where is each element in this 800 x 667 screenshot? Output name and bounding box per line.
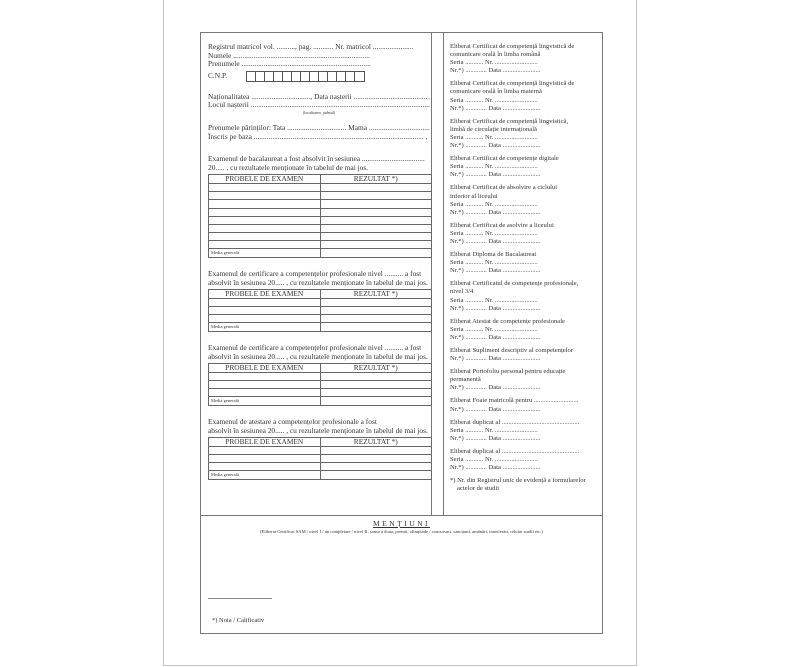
subject-cell[interactable] (209, 192, 321, 200)
certificate-title: Eliberat Certificat de competențe digita… (450, 155, 598, 163)
subject-cell[interactable] (209, 389, 321, 397)
series-field[interactable]: Seria ........... Nr. ..................… (450, 97, 598, 105)
exam-section: Examenul de certificare a competențelor … (208, 344, 430, 406)
table-row (209, 307, 432, 315)
subject-cell[interactable] (209, 200, 321, 208)
exam-intro: Examenul de bacalaureat a fost absolvit … (208, 155, 430, 164)
section-divider (201, 515, 602, 516)
table-row (209, 200, 432, 208)
certificate-title: Eliberat Supliment descriptiv al compete… (450, 347, 598, 355)
number-date-field[interactable]: Nr.*) ............. Data ...............… (450, 171, 598, 179)
subject-cell[interactable] (209, 224, 321, 232)
table-row (209, 183, 432, 191)
certificate-title: Eliberat Portofoliu personal pentru educ… (450, 368, 598, 376)
result-cell[interactable] (320, 454, 432, 462)
certificate-title: comunicare orală în limba maternă (450, 88, 598, 96)
footnote-line: actelor de studii (450, 485, 598, 493)
exam-section: Examenul de certificare a competențelor … (208, 270, 430, 332)
subject-cell[interactable] (209, 454, 321, 462)
result-cell[interactable] (320, 372, 432, 380)
number-date-field[interactable]: Nr.*) ............. Data ...............… (450, 464, 598, 472)
table-row (209, 298, 432, 306)
result-cell[interactable] (320, 315, 432, 323)
subject-cell[interactable] (209, 298, 321, 306)
table-header: PROBELE DE EXAMENREZULTAT *) (209, 290, 432, 299)
col-result: REZULTAT *) (320, 290, 432, 299)
col-result: REZULTAT *) (320, 175, 432, 184)
footnote-line: *) Nr. din Registrul unic de evidență a … (450, 477, 598, 485)
certificate-title: limbă de circulație internațională (450, 126, 598, 134)
col-subject: PROBELE DE EXAMEN (209, 364, 321, 373)
certificate-title: comunicare orală în limba română (450, 51, 598, 59)
cnp-digit-box[interactable] (337, 72, 346, 81)
average-cell[interactable] (320, 249, 432, 258)
number-date-field[interactable]: Nr.*) ............. Data ...............… (450, 105, 598, 113)
nationality-field[interactable]: Naționalitatea .........................… (208, 93, 430, 102)
average-label: Media generală (209, 323, 321, 332)
certificate-title: Eliberat Certificat de competență lingvi… (450, 80, 598, 88)
certificate-entry: Eliberat Certificat de competență lingvi… (450, 80, 598, 112)
cnp-digit-box[interactable] (310, 72, 319, 81)
table-row (209, 216, 432, 224)
average-row: Media generală (209, 397, 432, 406)
mentions-subtitle: (Eliberat Certificat SAM / nivel I / an … (201, 529, 602, 534)
col-result: REZULTAT *) (320, 364, 432, 373)
grade-note: *) Nota / Calificativ (212, 617, 264, 624)
certificate-entry: Eliberat Supliment descriptiv al compete… (450, 347, 598, 363)
certificate-title: inferior al liceului (450, 193, 598, 201)
certificate-title: Eliberat Foaie matricolă pentru ........… (450, 397, 598, 405)
number-date-field[interactable]: Nr.*) ............. Data ...............… (450, 334, 598, 342)
exam-intro: Examenul de atestare a competențelor pro… (208, 418, 430, 427)
exam-section: Examenul de bacalaureat a fost absolvit … (208, 155, 430, 258)
certificate-entry: Eliberat Portofoliu personal pentru educ… (450, 368, 598, 392)
average-cell[interactable] (320, 397, 432, 406)
cnp-label: C.N.P. (208, 72, 246, 81)
cnp-digit-box[interactable] (283, 72, 292, 81)
certificate-entry: Eliberat duplicat al ...................… (450, 448, 598, 472)
table-row (209, 192, 432, 200)
cnp-digit-box[interactable] (274, 72, 283, 81)
number-date-field[interactable]: Nr.*) ............. Data ...............… (450, 67, 598, 75)
result-cell[interactable] (320, 183, 432, 191)
exam-intro: absolvit în sesiunea 20..... , cu rezult… (208, 427, 430, 436)
series-field[interactable]: Seria ........... Nr. ..................… (450, 230, 598, 238)
subject-cell[interactable] (209, 307, 321, 315)
certificates-column: Eliberat Certificat de competență lingvi… (450, 43, 598, 493)
registry-footnote: *) Nr. din Registrul unic de evidență a … (450, 477, 598, 493)
average-cell[interactable] (320, 471, 432, 480)
table-header: PROBELE DE EXAMENREZULTAT *) (209, 438, 432, 447)
cnp-digit-box[interactable] (319, 72, 328, 81)
table-row (209, 224, 432, 232)
exam-intro: absolvit în sesiunea 20..... , cu rezult… (208, 353, 430, 362)
parents-field[interactable]: Prenumele părinților: Tata .............… (208, 124, 430, 133)
cnp-digit-box[interactable] (256, 72, 265, 81)
cnp-field[interactable]: C.N.P. (208, 71, 430, 82)
table-row (209, 233, 432, 241)
birthplace-field[interactable]: Locul nașterii .........................… (208, 101, 430, 110)
table-row (209, 241, 432, 249)
certificate-entry: Eliberat Diploma de BacalaureatSeria ...… (450, 251, 598, 275)
name-field[interactable]: Numele .................................… (208, 52, 430, 61)
certificate-entry: Eliberat Certificat de competență lingvi… (450, 118, 598, 150)
result-cell[interactable] (320, 216, 432, 224)
table-row (209, 463, 432, 471)
certificate-list: Eliberat Certificat de competență lingvi… (450, 43, 598, 472)
column-divider (443, 33, 444, 515)
number-date-field[interactable]: Nr.*) ............. Data ...............… (450, 142, 598, 150)
average-label: Media generală (209, 249, 321, 258)
subject-cell[interactable] (209, 216, 321, 224)
subject-cell[interactable] (209, 241, 321, 249)
result-cell[interactable] (320, 192, 432, 200)
number-date-field[interactable]: Nr.*) ............. Data ...............… (450, 238, 598, 246)
col-result: REZULTAT *) (320, 438, 432, 447)
exam-sections: Examenul de bacalaureat a fost absolvit … (208, 155, 430, 480)
result-cell[interactable] (320, 200, 432, 208)
certificate-title: Eliberat Certificat de absolvire a ciclu… (450, 184, 598, 192)
result-cell[interactable] (320, 380, 432, 388)
col-subject: PROBELE DE EXAMEN (209, 438, 321, 447)
series-field[interactable]: Seria ........... Nr. ..................… (450, 59, 598, 67)
cnp-digit-box[interactable] (346, 72, 355, 81)
number-date-field[interactable]: Nr.*) ............. Data ...............… (450, 209, 598, 217)
table-row (209, 208, 432, 216)
series-field[interactable]: Seria ........... Nr. ..................… (450, 163, 598, 171)
average-row: Media generală (209, 471, 432, 480)
certificate-title: Eliberat Certificat de competență lingvi… (450, 43, 598, 51)
certificate-entry: Eliberat Certificat de absolvire a ciclu… (450, 184, 598, 216)
exam-intro: Examenul de certificare a competențelor … (208, 270, 430, 279)
subject-cell[interactable] (209, 208, 321, 216)
certificate-entry: Eliberat Atestat de competențe profesion… (450, 318, 598, 342)
exam-results-table: PROBELE DE EXAMENREZULTAT *)Media genera… (208, 289, 432, 332)
certificate-entry: Eliberat Certificatul de competențe prof… (450, 280, 598, 312)
exam-intro: absolvit în sesiunea 20..... , cu rezult… (208, 279, 430, 288)
exam-intro: 20..... , cu rezultatele menționate în t… (208, 164, 430, 173)
table-row (209, 315, 432, 323)
note-rule (208, 598, 272, 599)
table-row (209, 372, 432, 380)
result-cell[interactable] (320, 298, 432, 306)
certificate-title: Eliberat Certificat de competență lingvi… (450, 118, 598, 126)
certificate-entry: Eliberat Certificat de competențe digita… (450, 155, 598, 179)
cnp-digit-box[interactable] (355, 72, 364, 81)
cnp-digit-box[interactable] (328, 72, 337, 81)
number-date-field[interactable]: Nr.*) ............. Data ...............… (450, 435, 598, 443)
certificate-title: Eliberat duplicat al ...................… (450, 419, 598, 427)
series-field[interactable]: Seria ........... Nr. ..................… (450, 201, 598, 209)
exam-intro: Examenul de certificare a competențelor … (208, 344, 430, 353)
series-field[interactable]: Seria ........... Nr. ..................… (450, 259, 598, 267)
result-cell[interactable] (320, 389, 432, 397)
table-row (209, 389, 432, 397)
result-cell[interactable] (320, 224, 432, 232)
series-field[interactable]: Seria ........... Nr. ..................… (450, 456, 598, 464)
number-date-field[interactable]: Nr.*) ............. Data ...............… (450, 267, 598, 275)
average-label: Media generală (209, 397, 321, 406)
certificate-title: permanentă (450, 376, 598, 384)
subject-cell[interactable] (209, 463, 321, 471)
school-record-form: Registrul matricol vol. .........., pag.… (200, 32, 603, 634)
series-field[interactable]: Seria ........... Nr. ..................… (450, 134, 598, 142)
number-date-field[interactable]: Nr.*) ............. Data ...............… (450, 355, 598, 363)
average-label: Media generală (209, 471, 321, 480)
result-cell[interactable] (320, 233, 432, 241)
number-date-field[interactable]: Nr.*) ............. Data ...............… (450, 406, 598, 414)
table-row (209, 380, 432, 388)
average-row: Media generală (209, 323, 432, 332)
mentions-title: MENȚIUNI (201, 519, 602, 528)
certificate-entry: Eliberat Foaie matricolă pentru ........… (450, 397, 598, 413)
registry-field[interactable]: Registrul matricol vol. .........., pag.… (208, 43, 430, 52)
certificate-title: Eliberat Certificat de asolvire a liceul… (450, 222, 598, 230)
result-cell[interactable] (320, 241, 432, 249)
subject-cell[interactable] (209, 372, 321, 380)
enrolled-field[interactable]: Înscris pe baza ........................… (208, 133, 430, 142)
certificate-title: Eliberat Certificatul de competențe prof… (450, 280, 598, 288)
exam-results-table: PROBELE DE EXAMENREZULTAT *)Media genera… (208, 174, 432, 258)
average-cell[interactable] (320, 323, 432, 332)
col-subject: PROBELE DE EXAMEN (209, 175, 321, 184)
exam-results-table: PROBELE DE EXAMENREZULTAT *)Media genera… (208, 437, 432, 480)
certificate-title: Eliberat duplicat al ...................… (450, 448, 598, 456)
table-row (209, 446, 432, 454)
certificate-entry: Eliberat Certificat de asolvire a liceul… (450, 222, 598, 246)
table-row (209, 454, 432, 462)
subject-cell[interactable] (209, 233, 321, 241)
exam-section: Examenul de atestare a competențelor pro… (208, 418, 430, 480)
certificate-title: Eliberat Atestat de competențe profesion… (450, 318, 598, 326)
number-date-field[interactable]: Nr.*) ............. Data ...............… (450, 384, 598, 392)
result-cell[interactable] (320, 463, 432, 471)
cnp-digit-box[interactable] (247, 72, 256, 81)
certificate-title: Eliberat Diploma de Bacalaureat (450, 251, 598, 259)
result-cell[interactable] (320, 208, 432, 216)
average-row: Media generală (209, 249, 432, 258)
table-header: PROBELE DE EXAMENREZULTAT *) (209, 175, 432, 184)
series-field[interactable]: Seria ........... Nr. ..................… (450, 326, 598, 334)
mentions-section: MENȚIUNI (Eliberat Certificat SAM / nive… (201, 519, 602, 534)
cnp-digit-box[interactable] (301, 72, 310, 81)
cnp-digit-box[interactable] (265, 72, 274, 81)
student-data-column: Registrul matricol vol. .........., pag.… (208, 43, 430, 480)
series-field[interactable]: Seria ........... Nr. ..................… (450, 297, 598, 305)
subject-cell[interactable] (209, 446, 321, 454)
subject-cell[interactable] (209, 183, 321, 191)
certificate-title: nivel 3/4 (450, 288, 598, 296)
col-subject: PROBELE DE EXAMEN (209, 290, 321, 299)
subject-cell[interactable] (209, 380, 321, 388)
exam-results-table: PROBELE DE EXAMENREZULTAT *)Media genera… (208, 363, 432, 406)
subject-cell[interactable] (209, 315, 321, 323)
certificate-entry: Eliberat duplicat al ...................… (450, 419, 598, 443)
series-field[interactable]: Seria ........... Nr. ..................… (450, 427, 598, 435)
certificate-entry: Eliberat Certificat de competență lingvi… (450, 43, 598, 75)
table-header: PROBELE DE EXAMENREZULTAT *) (209, 364, 432, 373)
result-cell[interactable] (320, 446, 432, 454)
cnp-digit-box[interactable] (292, 72, 301, 81)
first-name-field[interactable]: Prenumele ..............................… (208, 60, 430, 69)
number-date-field[interactable]: Nr.*) ............. Data ...............… (450, 305, 598, 313)
cnp-boxes[interactable] (246, 71, 365, 82)
result-cell[interactable] (320, 307, 432, 315)
